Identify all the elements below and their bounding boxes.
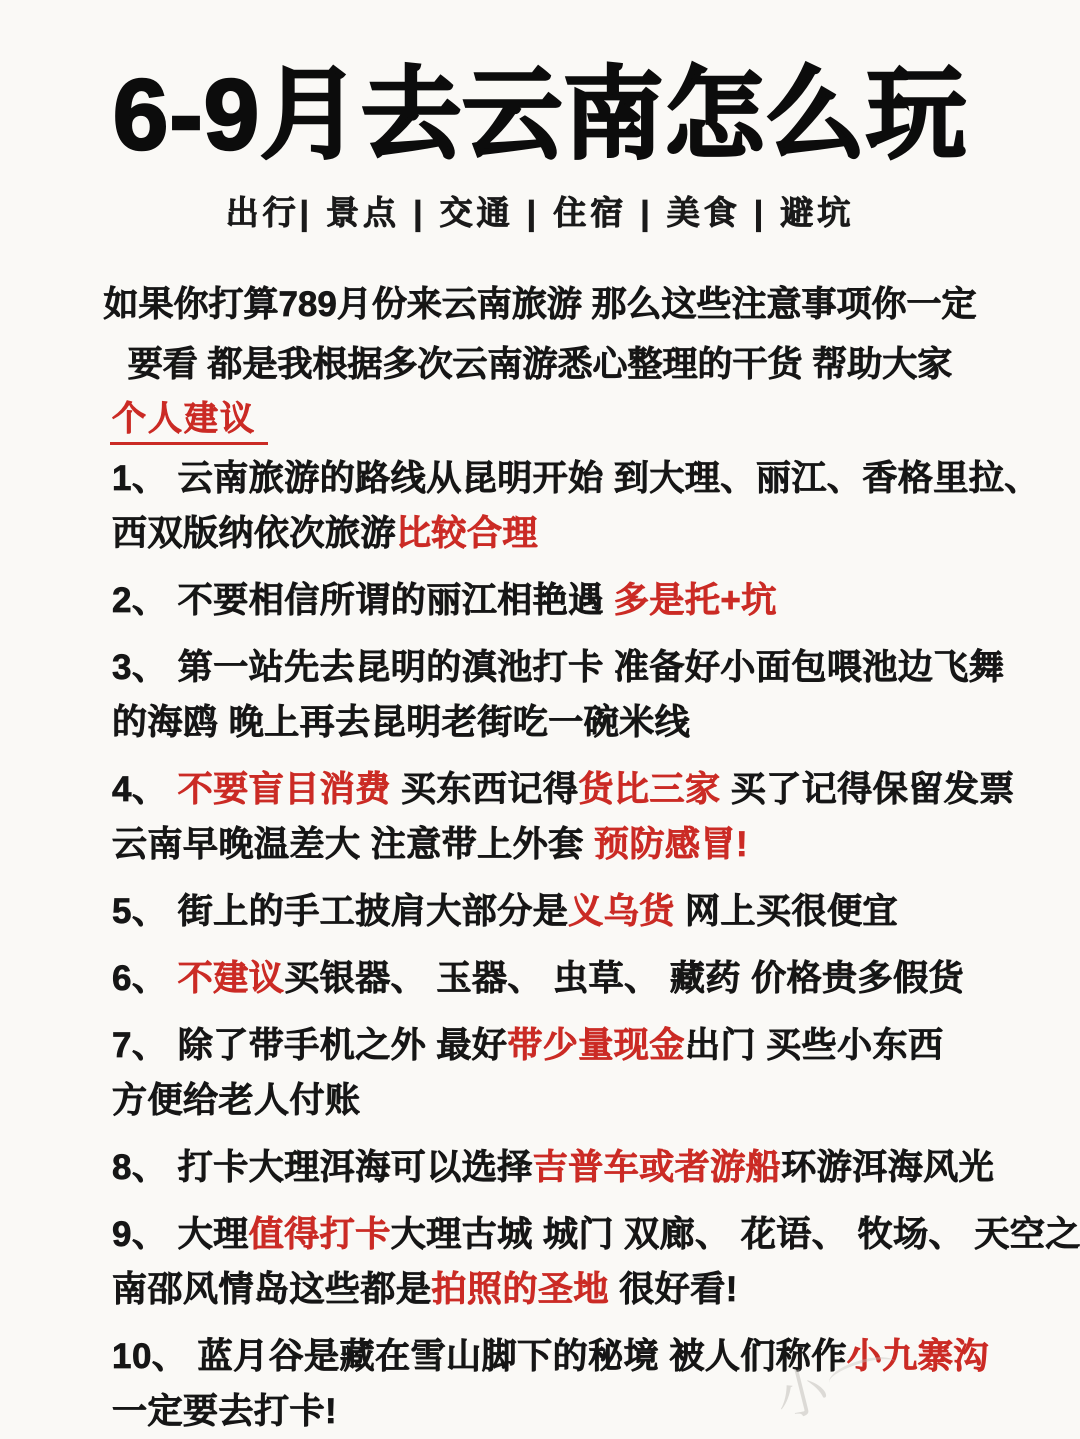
intro-line-1: 如果你打算789月份来云南旅游 那么这些注意事项你一定 [0, 275, 1080, 335]
text-segment: 9、 大理 [112, 1215, 249, 1254]
highlighted-text: 拍照的圣地 [432, 1270, 610, 1309]
highlighted-text: 值得打卡 [249, 1215, 391, 1254]
text-segment: 6、 [112, 959, 178, 998]
tip-line: 一定要去打卡! [112, 1384, 1080, 1439]
text-segment: 10、 蓝月谷是藏在雪山脚下的秘境 被人们称作 [112, 1337, 847, 1376]
highlighted-text: 小九寨沟 [847, 1337, 989, 1376]
tip-line: 4、 不要盲目消费 买东西记得货比三家 买了记得保留发票 [112, 762, 1080, 817]
tip-line: 西双版纳依次旅游比较合理 [112, 506, 1080, 561]
list-item: 5、 街上的手工披肩大部分是义乌货 网上买很便宜 [112, 884, 1080, 939]
intro-line-2: 要看 都是我根据多次云南游悉心整理的干货 帮助大家 [0, 335, 1080, 395]
tip-line: 5、 街上的手工披肩大部分是义乌货 网上买很便宜 [112, 884, 1080, 939]
highlighted-text: 义乌货 [568, 892, 675, 931]
highlighted-text: 吉普车或者游船 [533, 1148, 782, 1187]
list-item: 7、 除了带手机之外 最好带少量现金出门 买些小东西方便给老人付账 [112, 1018, 1080, 1128]
text-segment: 的海鸥 晚上再去昆明老街吃一碗米线 [112, 703, 690, 742]
poster-page: 6-9月去云南怎么玩 出行| 景点 | 交通 | 住宿 | 美食 | 避坑 如果… [0, 0, 1080, 1439]
text-segment: 大理古城 城门 双廊、 花语、 牧场、 天空之境、 [391, 1215, 1080, 1254]
text-segment: 3、 第一站先去昆明的滇池打卡 准备好小面包喂池边飞舞 [112, 648, 1004, 687]
text-segment: 环游洱海风光 [781, 1148, 994, 1187]
list-item: 2、 不要相信所谓的丽江相艳遇 多是托+坑 [112, 573, 1080, 628]
text-segment: 买东西记得 [391, 770, 579, 809]
text-segment: 8、 打卡大理洱海可以选择 [112, 1148, 533, 1187]
section-heading-wrap: 个人建议 [110, 399, 1080, 447]
text-segment: 西双版纳依次旅游 [112, 514, 396, 553]
list-item: 9、 大理值得打卡大理古城 城门 双廊、 花语、 牧场、 天空之境、南邵风情岛这… [112, 1207, 1080, 1317]
text-segment: 方便给老人付账 [112, 1081, 361, 1120]
tip-line: 的海鸥 晚上再去昆明老街吃一碗米线 [112, 695, 1080, 750]
text-segment: 买银器、 玉器、 虫草、 藏药 价格贵多假货 [284, 959, 964, 998]
text-segment: 7、 除了带手机之外 最好 [112, 1026, 507, 1065]
text-segment: 4、 [112, 770, 178, 809]
list-item: 8、 打卡大理洱海可以选择吉普车或者游船环游洱海风光 [112, 1140, 1080, 1195]
text-segment: 云南早晚温差大 注意带上外套 [112, 825, 594, 864]
tip-line: 1、 云南旅游的路线从昆明开始 到大理、丽江、香格里拉、 [112, 451, 1080, 506]
text-segment: 2、 不要相信所谓的丽江相艳遇 [112, 581, 614, 620]
text-segment: 南邵风情岛这些都是 [112, 1270, 432, 1309]
tip-line: 南邵风情岛这些都是拍照的圣地 很好看! [112, 1262, 1080, 1317]
text-segment: 买了记得保留发票 [720, 770, 1014, 809]
text-segment: 很好看! [609, 1270, 738, 1309]
tips-list: 1、 云南旅游的路线从昆明开始 到大理、丽江、香格里拉、西双版纳依次旅游比较合理… [0, 451, 1080, 1439]
highlighted-text: 比较合理 [396, 514, 538, 553]
list-item: 1、 云南旅游的路线从昆明开始 到大理、丽江、香格里拉、西双版纳依次旅游比较合理 [112, 451, 1080, 561]
highlighted-text: 货比三家 [578, 770, 720, 809]
tip-line: 3、 第一站先去昆明的滇池打卡 准备好小面包喂池边飞舞 [112, 640, 1080, 695]
tip-line: 10、 蓝月谷是藏在雪山脚下的秘境 被人们称作小九寨沟 [112, 1329, 1080, 1384]
text-segment: 1、 云南旅游的路线从昆明开始 到大理、丽江、香格里拉、 [112, 459, 1040, 498]
section-heading: 个人建议 [110, 399, 268, 445]
text-segment: 一定要去打卡! [112, 1392, 337, 1431]
intro-paragraph: 如果你打算789月份来云南旅游 那么这些注意事项你一定 要看 都是我根据多次云南… [0, 275, 1080, 395]
tip-line: 7、 除了带手机之外 最好带少量现金出门 买些小东西 [112, 1018, 1080, 1073]
tip-line: 方便给老人付账 [112, 1073, 1080, 1128]
text-segment: 出门 买些小东西 [685, 1026, 944, 1065]
text-segment: 网上买很便宜 [675, 892, 898, 931]
highlighted-text: 带少量现金 [507, 1026, 685, 1065]
highlighted-text: 多是托+坑 [614, 581, 777, 620]
list-item: 4、 不要盲目消费 买东西记得货比三家 买了记得保留发票云南早晚温差大 注意带上… [112, 762, 1080, 872]
tip-line: 9、 大理值得打卡大理古城 城门 双廊、 花语、 牧场、 天空之境、 [112, 1207, 1080, 1262]
tip-line: 6、 不建议买银器、 玉器、 虫草、 藏药 价格贵多假货 [112, 951, 1080, 1006]
text-segment: 5、 街上的手工披肩大部分是 [112, 892, 568, 931]
list-item: 10、 蓝月谷是藏在雪山脚下的秘境 被人们称作小九寨沟一定要去打卡! [112, 1329, 1080, 1439]
highlighted-text: 预防感冒! [594, 825, 748, 864]
highlighted-text: 不建议 [178, 959, 285, 998]
list-item: 3、 第一站先去昆明的滇池打卡 准备好小面包喂池边飞舞的海鸥 晚上再去昆明老街吃… [112, 640, 1080, 750]
category-strip: 出行| 景点 | 交通 | 住宿 | 美食 | 避坑 [0, 191, 1080, 235]
highlighted-text: 不要盲目消费 [178, 770, 391, 809]
tip-line: 8、 打卡大理洱海可以选择吉普车或者游船环游洱海风光 [112, 1140, 1080, 1195]
list-item: 6、 不建议买银器、 玉器、 虫草、 藏药 价格贵多假货 [112, 951, 1080, 1006]
tip-line: 云南早晚温差大 注意带上外套 预防感冒! [112, 817, 1080, 872]
page-title: 6-9月去云南怎么玩 [0, 55, 1080, 175]
tip-line: 2、 不要相信所谓的丽江相艳遇 多是托+坑 [112, 573, 1080, 628]
